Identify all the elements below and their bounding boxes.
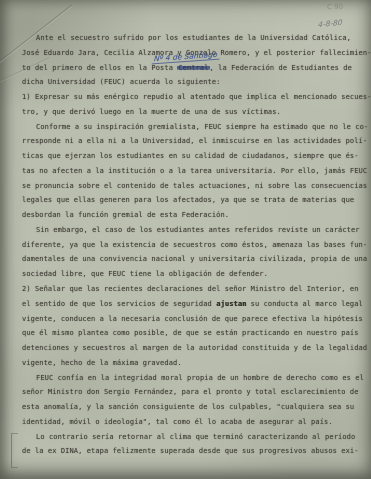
line-text: vigente, hecho de la máxima gravedad. (22, 359, 182, 367)
document-line: que él mismo plantea como posible, de qu… (22, 326, 363, 341)
line-text: el sentido de que los servicios de segur… (22, 300, 216, 308)
line-text: su conducta al marco legal (246, 300, 363, 308)
document-line: 1) Expresar su más enérgico repudio al a… (22, 90, 363, 105)
overtyped-word: ajustan (216, 300, 246, 308)
line-text: Sin embargo, el caso de los estudiantes … (36, 226, 360, 234)
document-line: se pronuncia sobre el contenido de tales… (22, 179, 363, 194)
line-text: detenciones y secuestros al margen de la… (22, 344, 367, 352)
document-line: FEUC confía en la integridad moral propi… (22, 371, 363, 386)
line-text: 1) Expresar su más enérgico repudio al a… (22, 93, 371, 101)
document-line: legales que ellas generen para los afect… (22, 193, 363, 208)
document-line: vigente, hecho de la máxima gravedad. (22, 356, 363, 371)
handwritten-date-annotation: 4-8-80 (318, 18, 343, 30)
document-line: tas no afecten a la institución o a la t… (22, 164, 363, 179)
document-body: Ante el secuestro sufrido por los estudi… (22, 31, 363, 459)
line-text: Lo contrario sería retornar al clima que… (36, 433, 355, 441)
line-text: tro, y que derivó luego en la muerte de … (22, 108, 281, 116)
line-text: diferente, ya que la existencia de secue… (22, 241, 367, 249)
document-line: identidad, móvil o ideología", tal como … (22, 415, 363, 430)
line-text: tas no afecten a la institución o a la t… (22, 167, 367, 175)
document-line: to del primero de ellos en la Posta Cent… (22, 61, 363, 76)
pencil-bracket-mark (11, 433, 18, 468)
line-text: señor Ministro don Sergio Fernández, par… (22, 388, 359, 396)
document-line: Conforme a su inspiración gremialista, F… (22, 120, 363, 135)
line-text: 2) Señalar que las recientes declaracion… (22, 285, 359, 293)
document-line: el sentido de que los servicios de segur… (22, 297, 363, 312)
line-text: Conforme a su inspiración gremialista, F… (36, 123, 368, 131)
document-line: rresponde ni a ella ni a la Universidad,… (22, 134, 363, 149)
scanned-paper-background: C 90 4-8-80 Ante el secuestro sufrido po… (0, 0, 371, 479)
document-line: tro, y que derivó luego en la muerte de … (22, 105, 363, 120)
line-text: vigente, conducen a la necesaria conclus… (22, 315, 363, 323)
line-text: damentales de una convivencia nacional y… (22, 255, 367, 263)
line-text: sociedad libre, que FEUC tiene la obliga… (22, 270, 268, 278)
line-text: Ante el secuestro sufrido por los estudi… (36, 34, 351, 42)
document-line: Ante el secuestro sufrido por los estudi… (22, 31, 363, 46)
document-line: de la ex DINA, etapa felizmente superada… (22, 444, 363, 459)
document-line: detenciones y secuestros al margen de la… (22, 341, 363, 356)
line-text: de la ex DINA, etapa felizmente superada… (22, 447, 359, 455)
line-text: identidad, móvil o ideología", tal como … (22, 418, 333, 426)
document-line: sociedad libre, que FEUC tiene la obliga… (22, 267, 363, 282)
document-line: Lo contrario sería retornar al clima que… (22, 430, 363, 445)
line-text: legales que ellas generen para los afect… (22, 196, 354, 204)
document-line: ticas que ejerzan los estudiantes en su … (22, 149, 363, 164)
document-line: diferente, ya que la existencia de secue… (22, 238, 363, 253)
document-line: esta anomalía, y la sanción consiguiente… (22, 400, 363, 415)
archive-corner-mark: C 90 (327, 3, 343, 12)
line-text: , la Federación de Estudiantes de (210, 64, 352, 72)
document-line: desbordan la función gremial de esta Fed… (22, 208, 363, 223)
document-line: 2) Señalar que las recientes declaracion… (22, 282, 363, 297)
document-line: damentales de una convivencia nacional y… (22, 252, 363, 267)
line-text: que él mismo plantea como posible, de qu… (22, 329, 359, 337)
struck-out-word: Central (177, 64, 209, 72)
line-text: esta anomalía, y la sanción consiguiente… (22, 403, 354, 411)
line-text: se pronuncia sobre el contenido de tales… (22, 182, 367, 190)
line-text: to del primero de ellos en la Posta (22, 64, 177, 72)
document-line: vigente, conducen a la necesaria conclus… (22, 312, 363, 327)
document-line: señor Ministro don Sergio Fernández, par… (22, 385, 363, 400)
line-text: FEUC confía en la integridad moral propi… (36, 374, 364, 382)
line-text: rresponde ni a ella ni a la Universidad,… (22, 137, 367, 145)
line-text: ticas que ejerzan los estudiantes en su … (22, 152, 359, 160)
document-line: dicha Universidad (FEUC) acuerda lo sigu… (22, 75, 363, 90)
line-text: desbordan la función gremial de esta Fed… (22, 211, 229, 219)
line-text: dicha Universidad (FEUC) acuerda lo sigu… (22, 78, 220, 86)
document-line: Sin embargo, el caso de los estudiantes … (22, 223, 363, 238)
